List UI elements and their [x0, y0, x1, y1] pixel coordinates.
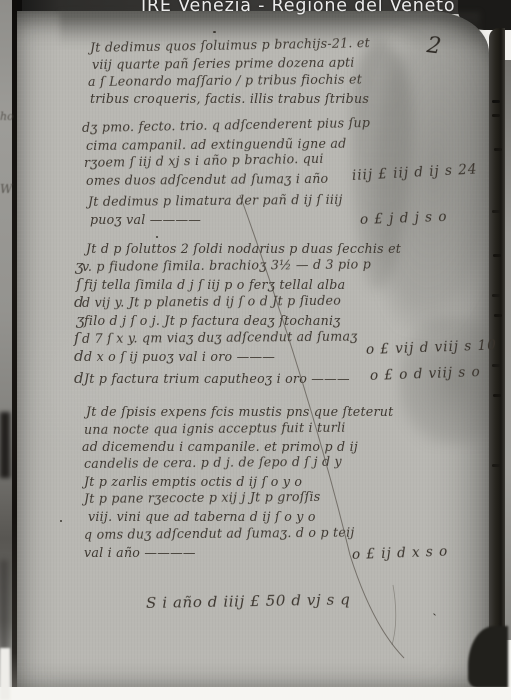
text-line: v. p fiudone ſimila. brachioʒ 3½ — d 3 p…: [82, 256, 371, 274]
margin-glyph: ſ: [74, 329, 80, 347]
manuscript-photo: ho W IRE Venezia - Regione del Veneto 2 …: [0, 0, 511, 700]
ink-speck: [213, 31, 216, 33]
text-line: a ſ Leonardo maſſario / p tribus fiochis…: [88, 72, 362, 89]
margin-glyph: d: [74, 369, 84, 387]
margin-glyph: ʒ: [75, 257, 84, 275]
gutter-showthrough-mark: W: [0, 182, 12, 196]
ink-speck: [156, 236, 158, 238]
text-line: viij quarte pañ ſeries prime dozena apti: [92, 55, 355, 72]
text-line: viij. vini que ad taberna d ij ſ o y o: [88, 509, 316, 524]
text-line: Jt p pane rʒecocte p xij j Jt p groſſis: [84, 489, 321, 506]
amount-value: o £ ij d x s o: [352, 544, 449, 563]
folio-number: 2: [425, 33, 442, 60]
text-line: tribus croqueris, factis. illis trabus ſ…: [90, 91, 369, 106]
text-line: Jt d p ſoluttos 2 ſoldi nodarius p duas …: [86, 241, 401, 256]
text-line: Jt dedimus p limatura der pañ d ij ſ iii…: [88, 192, 343, 209]
text-line: d 7 ſ x y. qm viaʒ duʒ adſcendut ad ſuma…: [82, 329, 358, 346]
text-line: q oms duʒ adſcendut ad ſumaʒ. d o p teij: [84, 525, 355, 542]
text-line: Jt p zarlis emptis octis d ij ſ o y o: [84, 474, 302, 489]
text-line: Jt de ſpisis expens fcis mustis pns que …: [86, 404, 393, 419]
text-line: filo d j ſ o j. Jt p factura deaʒ ſtocha…: [84, 313, 341, 328]
amount-value: o £ j d j s o: [360, 209, 448, 228]
photo-bottom-mat: [0, 687, 511, 700]
text-line: Jt p factura trium caputheoʒ i oro ———: [84, 371, 350, 386]
text-line: fij tella ſimila d j ſ iij p o ferʒ tell…: [84, 277, 345, 292]
margin-glyph: ʒ: [76, 311, 85, 329]
photo-bottom-left-mat: [0, 648, 10, 700]
fore-edge-ink-marks: [492, 100, 500, 103]
ink-speck: [60, 520, 62, 522]
margin-glyph: d: [74, 293, 84, 311]
text-line: ad dicemendu i campanile. et primo p d i…: [82, 439, 358, 454]
archive-caption: IRE Venezia - Regione del Veneto: [141, 0, 455, 16]
gutter-ink-blot: [0, 412, 10, 478]
gutter-shadow-blot: [0, 560, 8, 650]
text-line: una nocte qua ignis acceptus fuit i turl…: [84, 420, 346, 437]
text-line: puoʒ val ————: [90, 212, 201, 227]
text-line: d x o ſ ij puoʒ val i oro ———: [84, 349, 275, 364]
fore-edge-highlight: [505, 60, 511, 640]
summary-line: S i año d iiij £ 50 d vj s q: [146, 590, 351, 612]
gutter-showthrough-mark: ho: [0, 110, 14, 123]
margin-glyph: d: [74, 347, 84, 365]
text-line: d vij y. Jt p planetis d ij ſ o d Jt p ſ…: [82, 293, 341, 310]
text-line: omes duos adſcendut ad ſumaʒ i año: [86, 171, 329, 188]
text-line: candelis de cera. p d j. de ſepo d ſ j d…: [84, 454, 342, 471]
text-line: val i año ————: [84, 545, 196, 560]
margin-glyph: ſ: [76, 275, 82, 293]
